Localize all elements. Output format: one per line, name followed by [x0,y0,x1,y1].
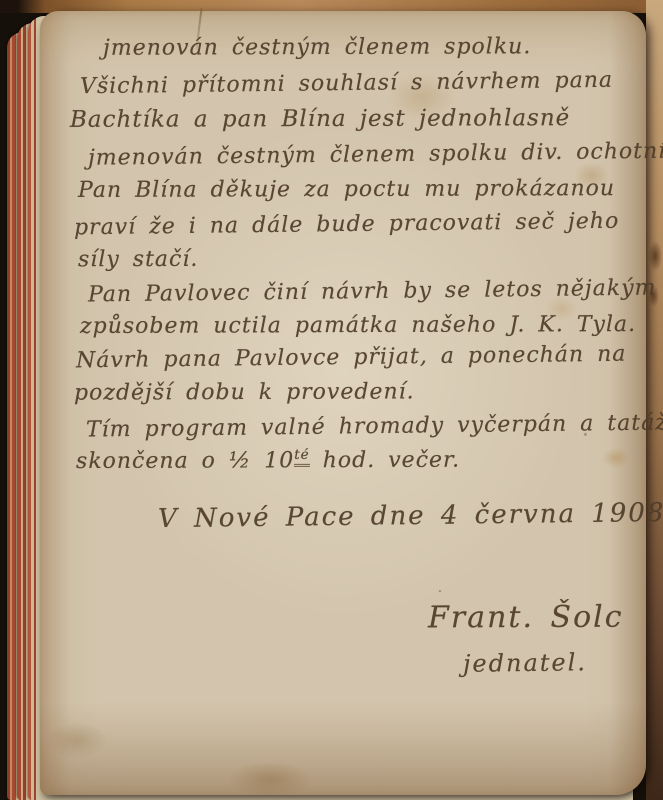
manuscript-line: Návrh pana Pavlovce přijat, a ponechán n… [76,344,627,373]
ordinal-superscript: té [294,447,310,467]
manuscript-line: Tím program valné hromady vyčerpán a tat… [86,412,663,441]
manuscript-line: způsobem uctila památka našeho J. K. Tyl… [80,314,636,338]
signature-name: Frant. Šolc [428,603,624,634]
manuscript-line: skončena o ½ 10té hod. večer. [76,448,460,473]
closing-time-post: hod. večer. [310,448,460,474]
manuscript-line: jmenován čestným členem spolku. [103,36,531,59]
manuscript-line: Bachtíka a pan Blína jest jednohlasně [70,107,570,132]
manuscript-line: pozdější dobu k provedení. [74,381,415,404]
manuscript-line: jmenován čestným členem spolku div. ocho… [88,140,663,170]
date-line: V Nové Pace dne 4 června 1908. [158,500,663,532]
manuscript-line: Pan Pavlovec činí návrh by se letos něja… [88,278,657,307]
manuscript-line: Všichni přítomni souhlasí s návrhem pana [80,70,613,99]
manuscript-line: síly stačí. [78,249,198,271]
signature-role: jednatel. [463,650,587,676]
manuscript-line: Pan Blína děkuje za poctu mu prokázanou [78,178,615,202]
manuscript-page: jmenován čestným členem spolku. Všichni … [40,11,646,795]
book-block-right-edge [646,0,663,800]
closing-time-pre: skončena o ½ 10 [76,448,294,474]
manuscript-photo: jmenován čestným členem spolku. Všichni … [0,0,663,800]
manuscript-line: praví že i na dále bude pracovati seč je… [74,211,619,240]
